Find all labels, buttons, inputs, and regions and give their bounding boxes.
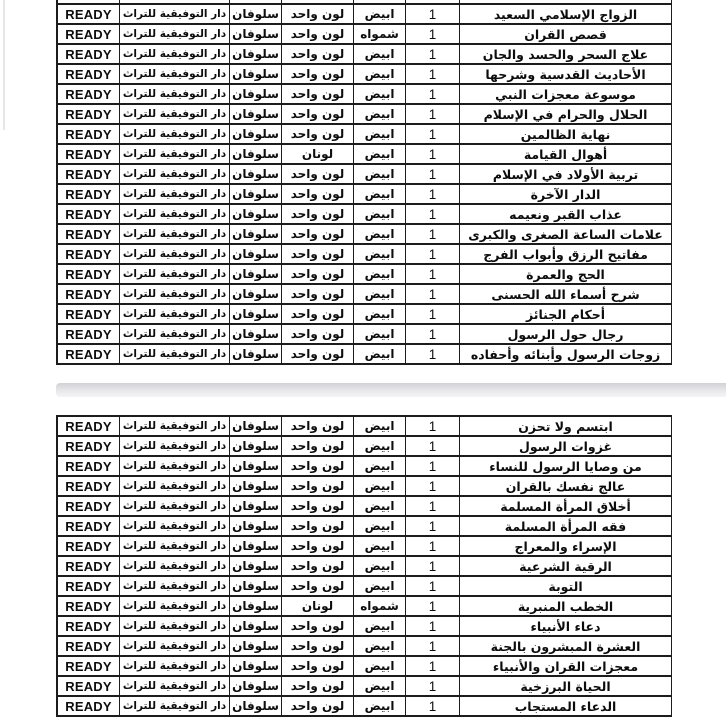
- qty-cell: 1: [406, 437, 460, 457]
- wrap-cell: سلوفان: [230, 597, 282, 617]
- qty-cell: 1: [406, 557, 460, 577]
- paper-cell: ابيض: [354, 557, 406, 577]
- colors-cell: لونان: [282, 597, 354, 617]
- wrap-cell: سلوفان: [230, 517, 282, 537]
- colors-cell: لون واحد: [282, 285, 354, 305]
- paper-cell: ابيض: [354, 205, 406, 225]
- publisher-cell: دار التوفيقية للتراث: [120, 165, 230, 185]
- status-cell: READY: [58, 345, 120, 365]
- colors-cell: لون واحد: [282, 497, 354, 517]
- table-row: READY دار التوفيقية للتراث سلوفان لون وا…: [58, 45, 672, 65]
- qty-cell: 1: [406, 245, 460, 265]
- qty-cell: 1: [406, 125, 460, 145]
- status-cell: READY: [58, 557, 120, 577]
- publisher-cell: دار التوفيقية للتراث: [120, 677, 230, 697]
- table-row: READY دار التوفيقية للتراث سلوفان لون وا…: [58, 165, 672, 185]
- table-row: READY دار التوفيقية للتراث سلوفان لون وا…: [58, 105, 672, 125]
- title-cell: موسوعة معجزات النبي: [460, 85, 672, 105]
- status-cell: READY: [58, 437, 120, 457]
- title-cell: الزواج الإسلامي السعيد: [460, 5, 672, 25]
- publisher-cell: دار التوفيقية للتراث: [120, 637, 230, 657]
- paper-cell: ابيض: [354, 437, 406, 457]
- colors-cell: لون واحد: [282, 457, 354, 477]
- title-cell: مفاتيح الرزق وأبواب الفرج: [460, 245, 672, 265]
- wrap-cell: سلوفان: [230, 577, 282, 597]
- status-cell: READY: [58, 497, 120, 517]
- wrap-cell: سلوفان: [230, 637, 282, 657]
- colors-cell: لون واحد: [282, 417, 354, 437]
- paper-cell: ابيض: [354, 45, 406, 65]
- paper-cell: ابيض: [354, 345, 406, 365]
- status-cell: READY: [58, 677, 120, 697]
- wrap-cell: سلوفان: [230, 105, 282, 125]
- colors-cell: لون واحد: [282, 105, 354, 125]
- title-cell: أهوال القيامة: [460, 145, 672, 165]
- colors-cell: لون واحد: [282, 225, 354, 245]
- paper-cell: ابيض: [354, 617, 406, 637]
- status-cell: READY: [58, 325, 120, 345]
- status-cell: READY: [58, 125, 120, 145]
- status-cell: READY: [58, 417, 120, 437]
- wrap-cell: سلوفان: [230, 305, 282, 325]
- paper-cell: ابيض: [354, 5, 406, 25]
- status-cell: READY: [58, 697, 120, 717]
- status-cell: READY: [58, 25, 120, 45]
- colors-cell: لون واحد: [282, 617, 354, 637]
- colors-cell: لون واحد: [282, 85, 354, 105]
- table-row: READY دار التوفيقية للتراث سلوفان لون وا…: [58, 65, 672, 85]
- status-cell: READY: [58, 285, 120, 305]
- colors-cell: لون واحد: [282, 517, 354, 537]
- paper-cell: ابيض: [354, 165, 406, 185]
- status-cell: READY: [58, 205, 120, 225]
- paper-cell: ابيض: [354, 417, 406, 437]
- paper-cell: ابيض: [354, 637, 406, 657]
- publisher-cell: دار التوفيقية للتراث: [120, 5, 230, 25]
- title-cell: أخلاق المرأة المسلمة: [460, 497, 672, 517]
- publisher-cell: دار التوفيقية للتراث: [120, 25, 230, 45]
- wrap-cell: سلوفان: [230, 165, 282, 185]
- title-cell: علاج السحر والحسد والجان: [460, 45, 672, 65]
- wrap-cell: سلوفان: [230, 557, 282, 577]
- table-row: READY دار التوفيقية للتراث سلوفان لون وا…: [58, 205, 672, 225]
- table-row: READY دار التوفيقية للتراث سلوفان لون وا…: [58, 437, 672, 457]
- colors-cell: لون واحد: [282, 65, 354, 85]
- status-cell: READY: [58, 457, 120, 477]
- status-cell: READY: [58, 145, 120, 165]
- publisher-cell: دار التوفيقية للتراث: [120, 537, 230, 557]
- section-divider-band: [56, 383, 726, 397]
- qty-cell: 1: [406, 45, 460, 65]
- title-cell: شرح أسماء الله الحسنى: [460, 285, 672, 305]
- status-cell: READY: [58, 105, 120, 125]
- title-cell: عالج نفسك بالقران: [460, 477, 672, 497]
- book-table-upper: READY دار التوفيقية للتراث سلوفان لون وا…: [56, 3, 672, 365]
- table-row: READY دار التوفيقية للتراث سلوفان لون وا…: [58, 637, 672, 657]
- status-cell: READY: [58, 225, 120, 245]
- publisher-cell: دار التوفيقية للتراث: [120, 345, 230, 365]
- qty-cell: 1: [406, 65, 460, 85]
- table-row: READY دار التوفيقية للتراث سلوفان لون وا…: [58, 325, 672, 345]
- publisher-cell: دار التوفيقية للتراث: [120, 305, 230, 325]
- qty-cell: 1: [406, 477, 460, 497]
- paper-cell: ابيض: [354, 677, 406, 697]
- table-row: READY دار التوفيقية للتراث سلوفان لون وا…: [58, 577, 672, 597]
- colors-cell: لون واحد: [282, 185, 354, 205]
- table-row: READY دار التوفيقية للتراث سلوفان لون وا…: [58, 225, 672, 245]
- wrap-cell: سلوفان: [230, 25, 282, 45]
- title-cell: الخطب المنبرية: [460, 597, 672, 617]
- colors-cell: لون واحد: [282, 125, 354, 145]
- table-row: READY دار التوفيقية للتراث سلوفان لون وا…: [58, 557, 672, 577]
- qty-cell: 1: [406, 285, 460, 305]
- title-cell: الحياة البرزخية: [460, 677, 672, 697]
- wrap-cell: سلوفان: [230, 617, 282, 637]
- qty-cell: 1: [406, 105, 460, 125]
- table-row: READY دار التوفيقية للتراث سلوفان لون وا…: [58, 537, 672, 557]
- status-cell: READY: [58, 577, 120, 597]
- title-cell: ابتسم ولا تحزن: [460, 417, 672, 437]
- qty-cell: 1: [406, 185, 460, 205]
- table-row: READY دار التوفيقية للتراث سلوفان لون وا…: [58, 185, 672, 205]
- scanned-book-list-page: READY دار التوفيقية للتراث سلوفان لون وا…: [0, 0, 726, 726]
- paper-cell: ابيض: [354, 697, 406, 717]
- qty-cell: 1: [406, 305, 460, 325]
- paper-cell: ابيض: [354, 145, 406, 165]
- title-cell: الإسراء والمعراج: [460, 537, 672, 557]
- qty-cell: 1: [406, 5, 460, 25]
- publisher-cell: دار التوفيقية للتراث: [120, 477, 230, 497]
- paper-cell: ابيض: [354, 65, 406, 85]
- status-cell: READY: [58, 165, 120, 185]
- qty-cell: 1: [406, 697, 460, 717]
- table-row: READY دار التوفيقية للتراث سلوفان لون وا…: [58, 285, 672, 305]
- paper-cell: ابيض: [354, 285, 406, 305]
- wrap-cell: سلوفان: [230, 185, 282, 205]
- paper-cell: ابيض: [354, 305, 406, 325]
- qty-cell: 1: [406, 637, 460, 657]
- paper-cell: ابيض: [354, 125, 406, 145]
- colors-cell: لون واحد: [282, 165, 354, 185]
- publisher-cell: دار التوفيقية للتراث: [120, 557, 230, 577]
- wrap-cell: سلوفان: [230, 245, 282, 265]
- colors-cell: لون واحد: [282, 245, 354, 265]
- qty-cell: 1: [406, 497, 460, 517]
- status-cell: READY: [58, 617, 120, 637]
- wrap-cell: سلوفان: [230, 45, 282, 65]
- wrap-cell: سلوفان: [230, 5, 282, 25]
- title-cell: الحج والعمرة: [460, 265, 672, 285]
- publisher-cell: دار التوفيقية للتراث: [120, 437, 230, 457]
- qty-cell: 1: [406, 85, 460, 105]
- table-row: READY دار التوفيقية للتراث سلوفان لون وا…: [58, 305, 672, 325]
- paper-cell: ابيض: [354, 577, 406, 597]
- wrap-cell: سلوفان: [230, 285, 282, 305]
- publisher-cell: دار التوفيقية للتراث: [120, 145, 230, 165]
- publisher-cell: دار التوفيقية للتراث: [120, 225, 230, 245]
- status-cell: READY: [58, 45, 120, 65]
- table-row: READY دار التوفيقية للتراث سلوفان لون وا…: [58, 265, 672, 285]
- publisher-cell: دار التوفيقية للتراث: [120, 325, 230, 345]
- qty-cell: 1: [406, 657, 460, 677]
- status-cell: READY: [58, 265, 120, 285]
- wrap-cell: سلوفان: [230, 225, 282, 245]
- wrap-cell: سلوفان: [230, 417, 282, 437]
- table-row: READY دار التوفيقية للتراث سلوفان لون وا…: [58, 497, 672, 517]
- scan-artifact-line: [3, 0, 5, 130]
- publisher-cell: دار التوفيقية للتراث: [120, 457, 230, 477]
- paper-cell: ابيض: [354, 85, 406, 105]
- publisher-cell: دار التوفيقية للتراث: [120, 65, 230, 85]
- paper-cell: شمواه: [354, 597, 406, 617]
- colors-cell: لون واحد: [282, 45, 354, 65]
- colors-cell: لون واحد: [282, 537, 354, 557]
- wrap-cell: سلوفان: [230, 497, 282, 517]
- wrap-cell: سلوفان: [230, 457, 282, 477]
- table-row: READY دار التوفيقية للتراث سلوفان لون وا…: [58, 245, 672, 265]
- wrap-cell: سلوفان: [230, 677, 282, 697]
- colors-cell: لون واحد: [282, 577, 354, 597]
- colors-cell: لون واحد: [282, 657, 354, 677]
- colors-cell: لون واحد: [282, 345, 354, 365]
- publisher-cell: دار التوفيقية للتراث: [120, 577, 230, 597]
- title-cell: من وصايا الرسول للنساء: [460, 457, 672, 477]
- colors-cell: لونان: [282, 145, 354, 165]
- table-row: READY دار التوفيقية للتراث سلوفان لون وا…: [58, 417, 672, 437]
- qty-cell: 1: [406, 165, 460, 185]
- colors-cell: لون واحد: [282, 637, 354, 657]
- qty-cell: 1: [406, 617, 460, 637]
- qty-cell: 1: [406, 265, 460, 285]
- table-row: READY دار التوفيقية للتراث سلوفان لون وا…: [58, 85, 672, 105]
- publisher-cell: دار التوفيقية للتراث: [120, 85, 230, 105]
- title-cell: نهاية الظالمين: [460, 125, 672, 145]
- paper-cell: ابيض: [354, 457, 406, 477]
- title-cell: الرقية الشرعية: [460, 557, 672, 577]
- wrap-cell: سلوفان: [230, 657, 282, 677]
- wrap-cell: سلوفان: [230, 85, 282, 105]
- colors-cell: لون واحد: [282, 557, 354, 577]
- table-row: READY دار التوفيقية للتراث سلوفان لون وا…: [58, 657, 672, 677]
- wrap-cell: سلوفان: [230, 325, 282, 345]
- qty-cell: 1: [406, 325, 460, 345]
- qty-cell: 1: [406, 517, 460, 537]
- title-cell: الأحاديث القدسية وشرحها: [460, 65, 672, 85]
- title-cell: غزوات الرسول: [460, 437, 672, 457]
- table-row: READY دار التوفيقية للتراث سلوفان لونان …: [58, 597, 672, 617]
- table-row: READY دار التوفيقية للتراث سلوفان لون وا…: [58, 125, 672, 145]
- paper-cell: ابيض: [354, 225, 406, 245]
- qty-cell: 1: [406, 345, 460, 365]
- publisher-cell: دار التوفيقية للتراث: [120, 265, 230, 285]
- qty-cell: 1: [406, 25, 460, 45]
- colors-cell: لون واحد: [282, 697, 354, 717]
- qty-cell: 1: [406, 537, 460, 557]
- status-cell: READY: [58, 305, 120, 325]
- qty-cell: 1: [406, 677, 460, 697]
- paper-cell: ابيض: [354, 657, 406, 677]
- status-cell: READY: [58, 245, 120, 265]
- table-row: READY دار التوفيقية للتراث سلوفان لون وا…: [58, 477, 672, 497]
- publisher-cell: دار التوفيقية للتراث: [120, 517, 230, 537]
- paper-cell: ابيض: [354, 265, 406, 285]
- qty-cell: 1: [406, 457, 460, 477]
- wrap-cell: سلوفان: [230, 65, 282, 85]
- qty-cell: 1: [406, 417, 460, 437]
- status-cell: READY: [58, 65, 120, 85]
- publisher-cell: دار التوفيقية للتراث: [120, 417, 230, 437]
- status-cell: READY: [58, 637, 120, 657]
- colors-cell: لون واحد: [282, 325, 354, 345]
- wrap-cell: سلوفان: [230, 125, 282, 145]
- status-cell: READY: [58, 657, 120, 677]
- title-cell: فقه المرأة المسلمة: [460, 517, 672, 537]
- colors-cell: لون واحد: [282, 437, 354, 457]
- publisher-cell: دار التوفيقية للتراث: [120, 205, 230, 225]
- wrap-cell: سلوفان: [230, 537, 282, 557]
- colors-cell: لون واحد: [282, 677, 354, 697]
- publisher-cell: دار التوفيقية للتراث: [120, 497, 230, 517]
- wrap-cell: سلوفان: [230, 145, 282, 165]
- status-cell: READY: [58, 597, 120, 617]
- title-cell: معجزات القران والأنبياء: [460, 657, 672, 677]
- title-cell: علامات الساعة الصغرى والكبرى: [460, 225, 672, 245]
- publisher-cell: دار التوفيقية للتراث: [120, 657, 230, 677]
- wrap-cell: سلوفان: [230, 697, 282, 717]
- colors-cell: لون واحد: [282, 205, 354, 225]
- table-row: READY دار التوفيقية للتراث سلوفان لون وا…: [58, 677, 672, 697]
- wrap-cell: سلوفان: [230, 437, 282, 457]
- publisher-cell: دار التوفيقية للتراث: [120, 245, 230, 265]
- publisher-cell: دار التوفيقية للتراث: [120, 617, 230, 637]
- colors-cell: لون واحد: [282, 25, 354, 45]
- colors-cell: لون واحد: [282, 477, 354, 497]
- paper-cell: ابيض: [354, 497, 406, 517]
- title-cell: تربية الأولاد في الإسلام: [460, 165, 672, 185]
- status-cell: READY: [58, 185, 120, 205]
- title-cell: الحلال والحرام في الإسلام: [460, 105, 672, 125]
- publisher-cell: دار التوفيقية للتراث: [120, 125, 230, 145]
- title-cell: التوبة: [460, 577, 672, 597]
- qty-cell: 1: [406, 225, 460, 245]
- title-cell: زوجات الرسول وأبنائه وأحفاده: [460, 345, 672, 365]
- publisher-cell: دار التوفيقية للتراث: [120, 597, 230, 617]
- qty-cell: 1: [406, 205, 460, 225]
- paper-cell: ابيض: [354, 185, 406, 205]
- paper-cell: ابيض: [354, 105, 406, 125]
- publisher-cell: دار التوفيقية للتراث: [120, 697, 230, 717]
- title-cell: عذاب القبر ونعيمه: [460, 205, 672, 225]
- status-cell: READY: [58, 85, 120, 105]
- table-row: READY دار التوفيقية للتراث سلوفان لون وا…: [58, 697, 672, 717]
- title-cell: الدار الآخرة: [460, 185, 672, 205]
- qty-cell: 1: [406, 145, 460, 165]
- paper-cell: ابيض: [354, 517, 406, 537]
- paper-cell: ابيض: [354, 477, 406, 497]
- status-cell: READY: [58, 477, 120, 497]
- colors-cell: لون واحد: [282, 305, 354, 325]
- wrap-cell: سلوفان: [230, 477, 282, 497]
- status-cell: READY: [58, 517, 120, 537]
- table-row: READY دار التوفيقية للتراث سلوفان لونان …: [58, 145, 672, 165]
- status-cell: READY: [58, 537, 120, 557]
- paper-cell: ابيض: [354, 325, 406, 345]
- title-cell: رجال حول الرسول: [460, 325, 672, 345]
- publisher-cell: دار التوفيقية للتراث: [120, 185, 230, 205]
- title-cell: الدعاء المستجاب: [460, 697, 672, 717]
- title-cell: أحكام الجنائز: [460, 305, 672, 325]
- table-row: READY دار التوفيقية للتراث سلوفان لون وا…: [58, 345, 672, 365]
- table-row: READY دار التوفيقية للتراث سلوفان لون وا…: [58, 517, 672, 537]
- table-row: READY دار التوفيقية للتراث سلوفان لون وا…: [58, 5, 672, 25]
- colors-cell: لون واحد: [282, 5, 354, 25]
- qty-cell: 1: [406, 577, 460, 597]
- publisher-cell: دار التوفيقية للتراث: [120, 285, 230, 305]
- paper-cell: ابيض: [354, 537, 406, 557]
- book-table-lower: READY دار التوفيقية للتراث سلوفان لون وا…: [56, 415, 672, 717]
- qty-cell: 1: [406, 597, 460, 617]
- title-cell: دعاء الأنبياء: [460, 617, 672, 637]
- wrap-cell: سلوفان: [230, 345, 282, 365]
- table-row: READY دار التوفيقية للتراث سلوفان لون وا…: [58, 457, 672, 477]
- table-row: READY دار التوفيقية للتراث سلوفان لون وا…: [58, 617, 672, 637]
- status-cell: READY: [58, 5, 120, 25]
- colors-cell: لون واحد: [282, 265, 354, 285]
- publisher-cell: دار التوفيقية للتراث: [120, 105, 230, 125]
- paper-cell: ابيض: [354, 245, 406, 265]
- publisher-cell: دار التوفيقية للتراث: [120, 45, 230, 65]
- wrap-cell: سلوفان: [230, 205, 282, 225]
- table-row: READY دار التوفيقية للتراث سلوفان لون وا…: [58, 25, 672, 45]
- wrap-cell: سلوفان: [230, 265, 282, 285]
- title-cell: العشرة المبشرون بالجنة: [460, 637, 672, 657]
- paper-cell: شمواه: [354, 25, 406, 45]
- title-cell: قصص القران: [460, 25, 672, 45]
